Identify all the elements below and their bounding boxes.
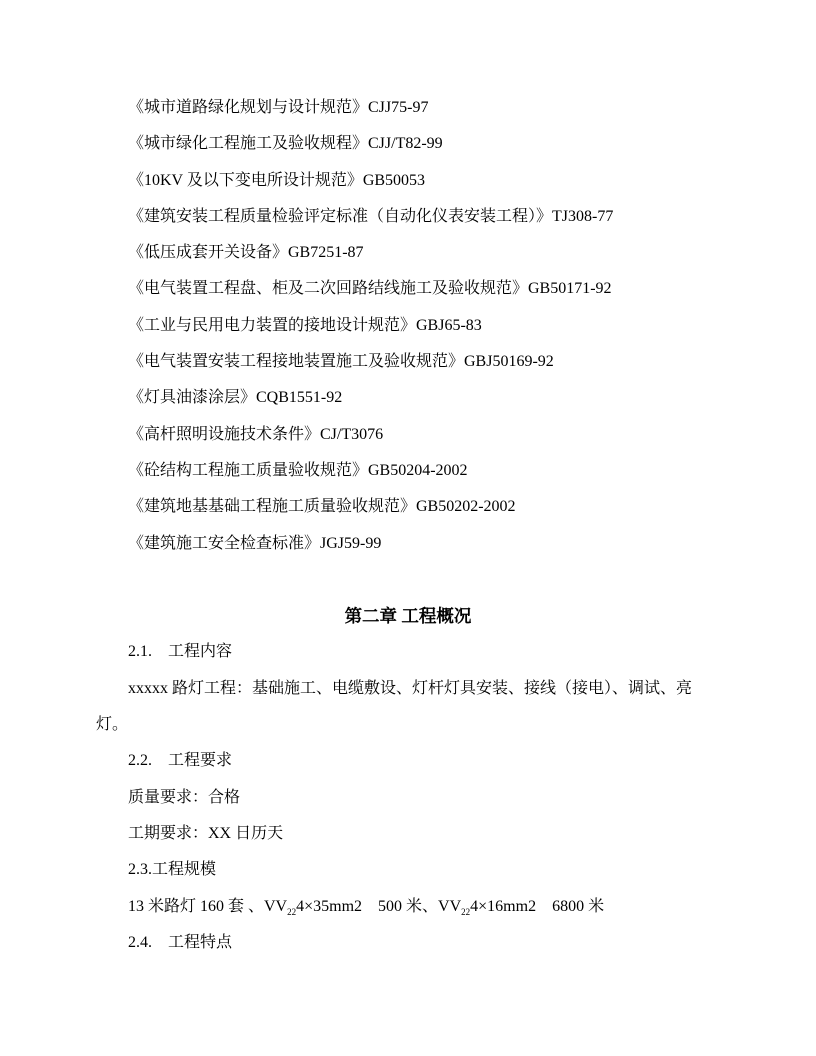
blank-line: [96, 562, 720, 598]
standard-item: 《灯具油漆涂层》CQB1551-92: [96, 380, 720, 416]
standard-item: 《建筑施工安全检查标准》JGJ59-99: [96, 526, 720, 562]
chapter-heading: 第二章 工程概况: [96, 598, 720, 634]
standard-item: 《建筑地基基础工程施工质量验收规范》GB50202-2002: [96, 489, 720, 525]
quality-requirement-line: 质量要求：合格: [96, 780, 720, 816]
standard-item: 《电气装置安装工程接地装置施工及验收规范》GBJ50169-92: [96, 344, 720, 380]
document-page: 《城市道路绿化规划与设计规范》CJJ75-97 《城市绿化工程施工及验收规程》C…: [0, 0, 816, 1056]
section-2-1-body: xxxxx 路灯工程：基础施工、电缆敷设、灯杆灯具安装、接线（接电）、调试、亮灯…: [96, 671, 720, 744]
section-2-1-title: 2.1. 工程内容: [96, 634, 720, 670]
standard-item: 《工业与民用电力装置的接地设计规范》GBJ65-83: [96, 308, 720, 344]
project-scale-line: 13 米路灯 160 套 、VV224×35mm2 500 米、VV224×16…: [96, 889, 720, 925]
standard-item: 《低压成套开关设备》GB7251-87: [96, 235, 720, 271]
standard-item: 《高杆照明设施技术条件》CJ/T3076: [96, 417, 720, 453]
duration-requirement-line: 工期要求：XX 日历天: [96, 816, 720, 852]
standard-item: 《电气装置工程盘、柜及二次回路结线施工及验收规范》GB50171-92: [96, 271, 720, 307]
standard-item: 《城市绿化工程施工及验收规程》CJJ/T82-99: [96, 126, 720, 162]
standard-item: 《城市道路绿化规划与设计规范》CJJ75-97: [96, 90, 720, 126]
standard-item: 《建筑安装工程质量检验评定标准（自动化仪表安装工程）》TJ308-77: [96, 199, 720, 235]
standard-item: 《砼结构工程施工质量验收规范》GB50204-2002: [96, 453, 720, 489]
section-2-4-title: 2.4. 工程特点: [96, 925, 720, 961]
standard-item: 《10KV 及以下变电所设计规范》GB50053: [96, 163, 720, 199]
section-2-3-title: 2.3.工程规模: [96, 852, 720, 888]
section-2-2-title: 2.2. 工程要求: [96, 743, 720, 779]
